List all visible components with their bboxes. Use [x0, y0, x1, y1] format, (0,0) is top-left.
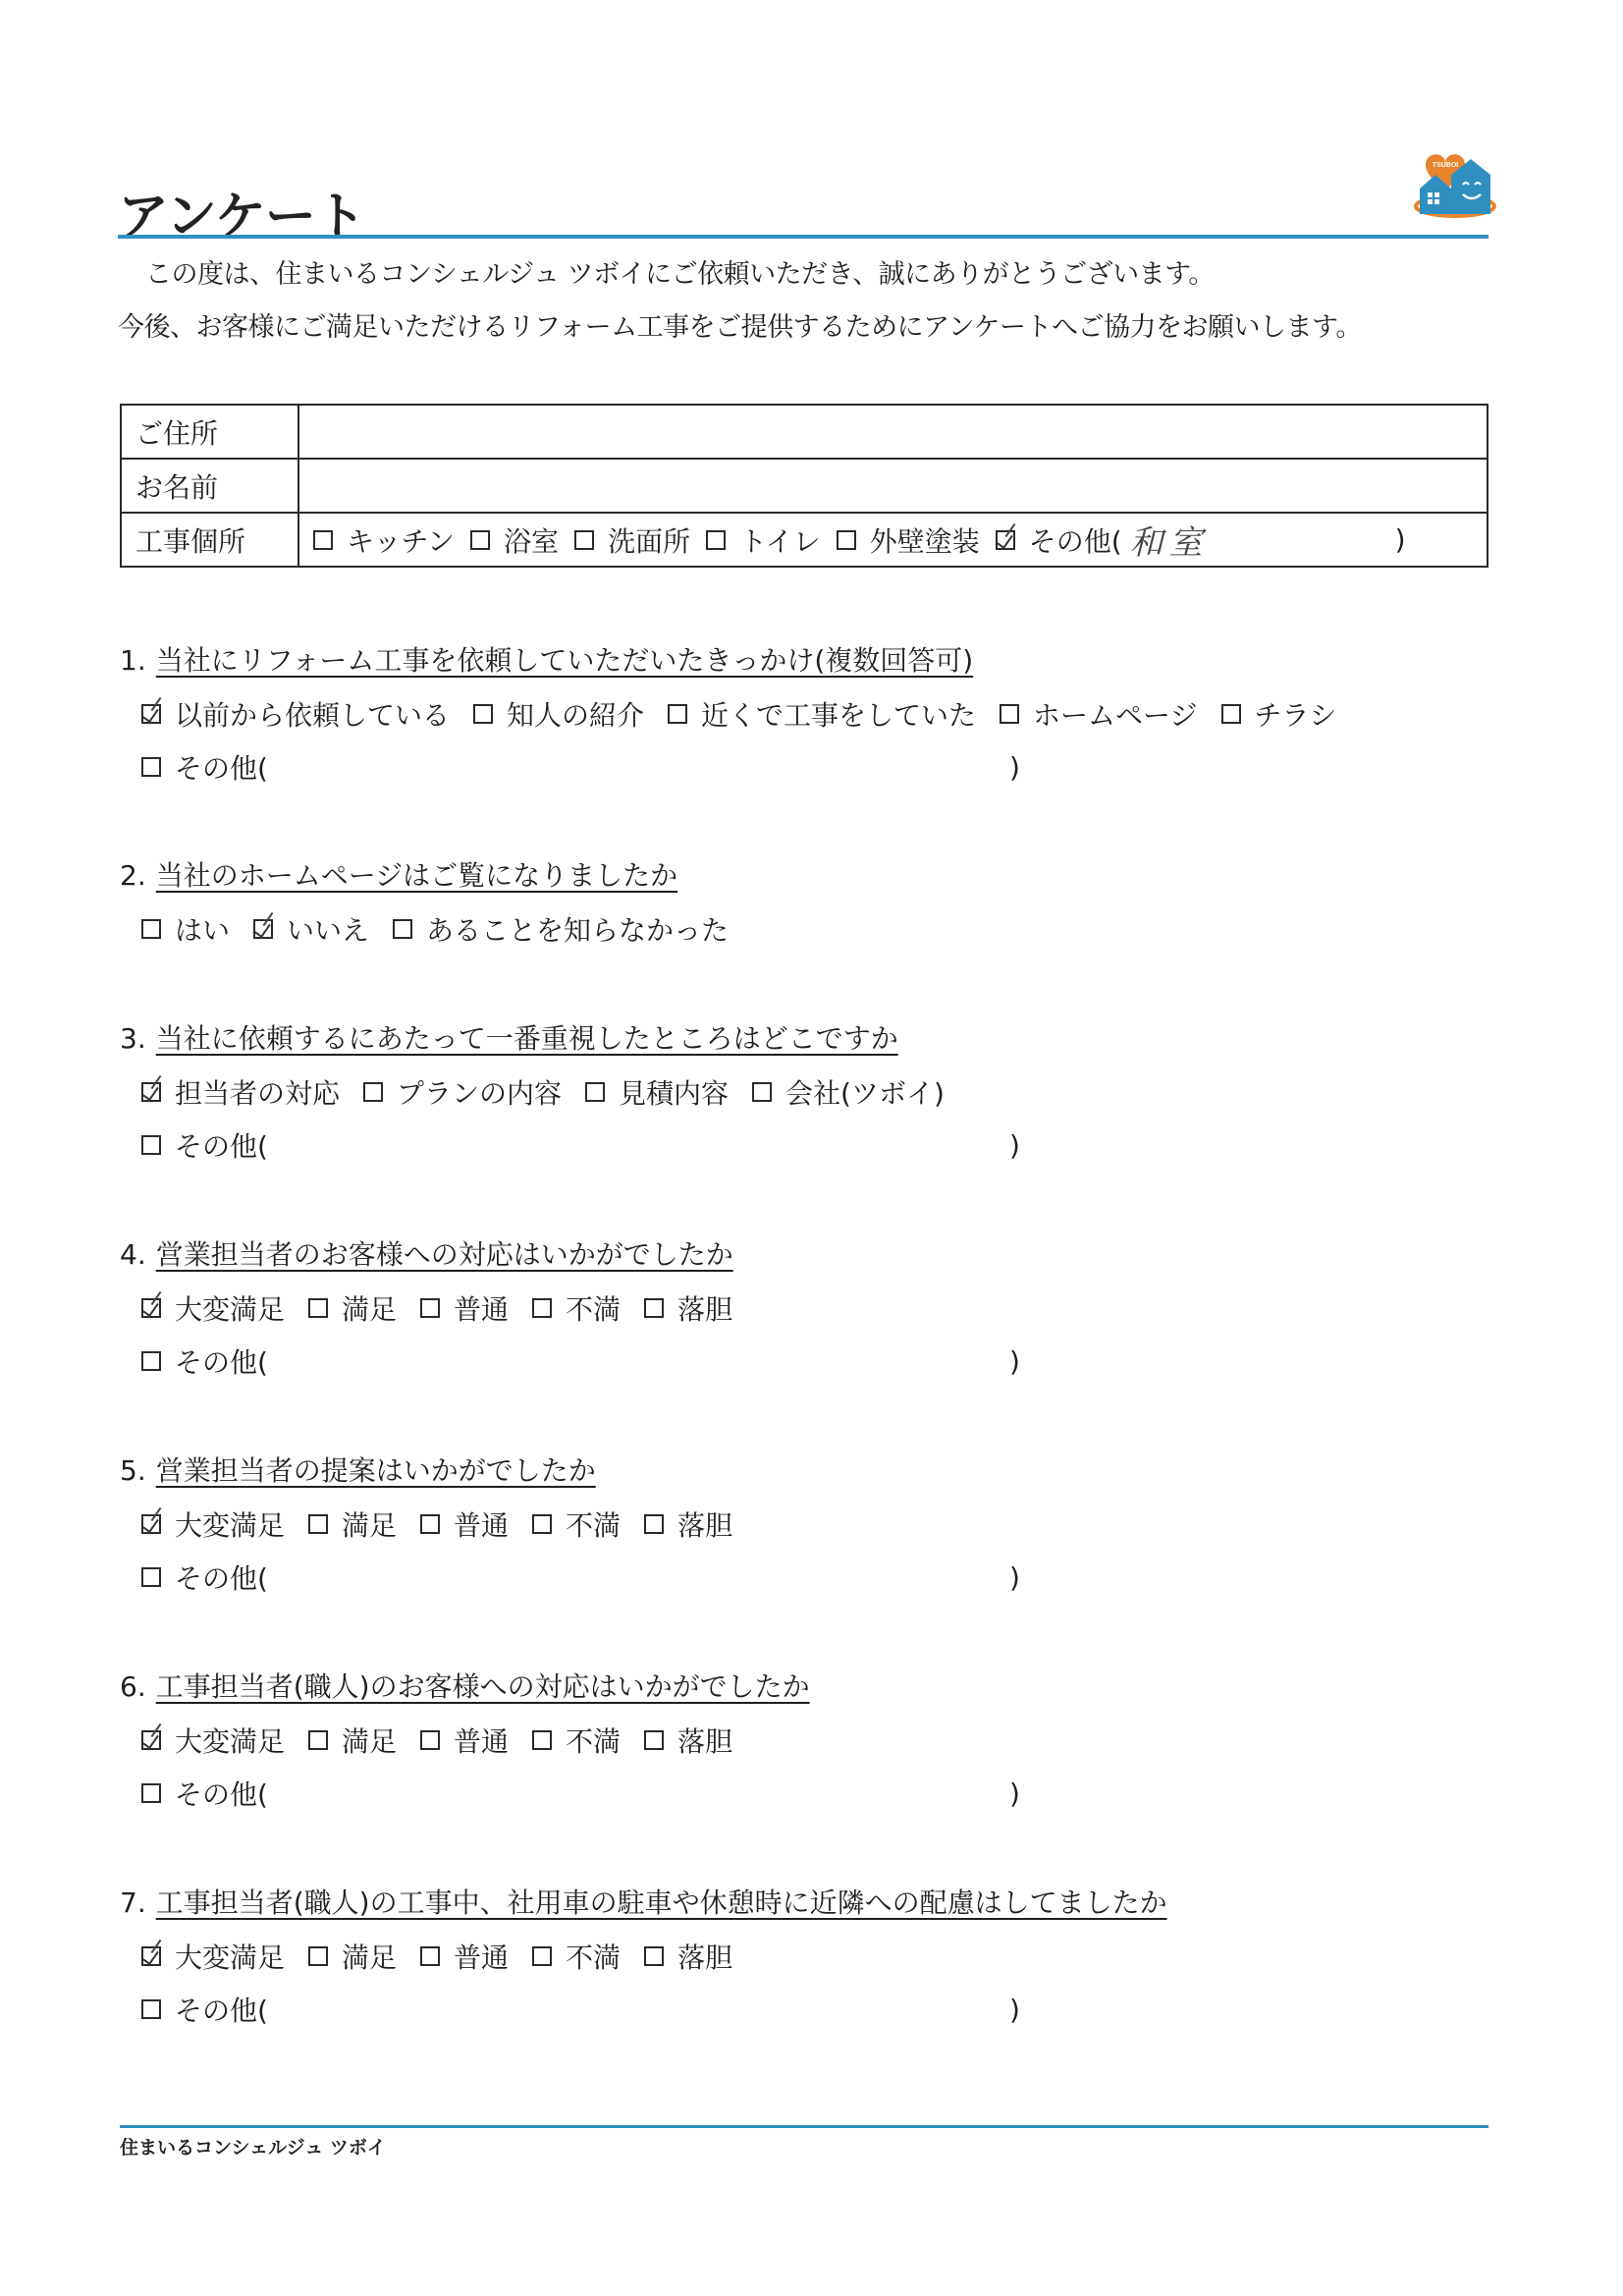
- option[interactable]: 普通: [420, 1288, 509, 1328]
- question-5: 5.営業担当者の提案はいかがでしたか 大変満足 満足 普通 不満 落胆 その他(…: [120, 1449, 1020, 1595]
- option[interactable]: 不満: [532, 1721, 621, 1760]
- question-text: 営業担当者のお客様への対応はいかがでしたか: [156, 1233, 733, 1273]
- option[interactable]: 以前から依頼している: [141, 694, 450, 734]
- question-text: 当社に依頼するにあたって一番重視したところはどこですか: [156, 1017, 898, 1057]
- checkbox[interactable]: [308, 1730, 328, 1750]
- other-label: その他(: [175, 1341, 268, 1381]
- checkbox[interactable]: [668, 704, 687, 724]
- worksite-label: 工事個所: [121, 513, 298, 567]
- option[interactable]: 大変満足: [141, 1288, 285, 1328]
- checkbox[interactable]: [420, 1514, 440, 1534]
- option[interactable]: 満足: [308, 1288, 397, 1328]
- worksite-option-toilet[interactable]: トイレ: [706, 520, 821, 560]
- paren-close: ): [1009, 751, 1020, 784]
- checkbox[interactable]: [420, 1298, 440, 1318]
- checkbox-checked[interactable]: [141, 1730, 161, 1750]
- option[interactable]: 不満: [532, 1288, 621, 1328]
- options-row: 大変満足 満足 普通 不満 落胆: [141, 1939, 1167, 1974]
- question-text: 当社にリフォーム工事を依頼していただいたきっかけ(複数回答可): [156, 639, 973, 679]
- name-row: お名前: [121, 459, 1488, 513]
- company-logo: TSUBOI: [1406, 145, 1504, 224]
- checkbox[interactable]: [308, 1514, 328, 1534]
- option[interactable]: 不満: [532, 1937, 621, 1976]
- other-label: その他(: [175, 1125, 268, 1165]
- other-label: その他(: [175, 1990, 268, 2029]
- checkbox[interactable]: [585, 1082, 605, 1102]
- checkbox[interactable]: [644, 1946, 664, 1966]
- other-label: その他(: [175, 747, 268, 787]
- checkbox[interactable]: [470, 530, 490, 550]
- question-2: 2.当社のホームページはご覧になりましたか はい いいえ あることを知らなかった: [120, 854, 752, 947]
- checkbox[interactable]: [473, 704, 493, 724]
- svg-text:TSUBOI: TSUBOI: [1433, 162, 1459, 169]
- other-label: その他(: [175, 1558, 268, 1597]
- checkbox[interactable]: [141, 1567, 161, 1587]
- option[interactable]: 落胆: [644, 1504, 732, 1544]
- checkbox[interactable]: [141, 757, 161, 777]
- name-label: お名前: [121, 459, 298, 513]
- checkbox-checked[interactable]: [141, 1298, 161, 1318]
- footer-divider: [120, 2125, 1488, 2128]
- name-field[interactable]: [298, 459, 1488, 513]
- checkbox[interactable]: [1000, 704, 1019, 724]
- question-number: 5.: [120, 1454, 146, 1487]
- checkbox[interactable]: [308, 1298, 328, 1318]
- paren-close: ): [1009, 1561, 1020, 1594]
- footer-company-name: 住まいるコンシェルジュ ツボイ: [120, 2133, 386, 2159]
- other-row: その他( ): [141, 1776, 1020, 1811]
- other-row: その他( ): [141, 1343, 1020, 1379]
- paren-close: ): [1009, 1994, 1020, 2026]
- checkbox-checked[interactable]: [253, 919, 273, 939]
- option[interactable]: あることを知らなかった: [393, 909, 729, 949]
- question-3: 3.当社に依頼するにあたって一番重視したところはどこですか 担当者の対応 プラン…: [120, 1017, 1020, 1163]
- question-number: 4.: [120, 1238, 146, 1271]
- option[interactable]: 満足: [308, 1504, 397, 1544]
- checkbox[interactable]: [752, 1082, 772, 1102]
- options-row: 担当者の対応 プランの内容 見積内容 会社(ツボイ): [141, 1074, 1020, 1110]
- options-row: はい いいえ あることを知らなかった: [141, 911, 752, 947]
- option[interactable]: 知人の紹介: [473, 694, 644, 734]
- checkbox[interactable]: [532, 1730, 552, 1750]
- checkbox[interactable]: [141, 1999, 161, 2019]
- checkbox[interactable]: [308, 1946, 328, 1966]
- checkbox[interactable]: [420, 1946, 440, 1966]
- option[interactable]: いいえ: [253, 909, 369, 949]
- options-row: 大変満足 満足 普通 不満 落胆: [141, 1290, 1020, 1326]
- question-number: 1.: [120, 644, 146, 677]
- header-divider: [118, 235, 1488, 239]
- checkbox[interactable]: [420, 1730, 440, 1750]
- paren-close: ): [1395, 523, 1406, 556]
- paren-close: ): [1009, 1345, 1020, 1378]
- other-row: その他( ): [141, 1559, 1020, 1595]
- checkbox-checked[interactable]: [141, 1514, 161, 1534]
- checkbox-checked[interactable]: [141, 1082, 161, 1102]
- question-number: 6.: [120, 1670, 146, 1703]
- option[interactable]: プランの内容: [363, 1072, 562, 1112]
- worksite-option-exterior-paint[interactable]: 外壁塗装: [837, 520, 980, 560]
- question-text: 営業担当者の提案はいかがでしたか: [156, 1449, 596, 1489]
- checkbox[interactable]: [363, 1082, 383, 1102]
- option[interactable]: 満足: [308, 1721, 397, 1760]
- worksite-options: キッチン 浴室 洗面所 トイレ 外壁塗装 その他( 和室 ): [298, 513, 1488, 567]
- options-row: 大変満足 満足 普通 不満 落胆: [141, 1506, 1020, 1542]
- option[interactable]: はい: [141, 909, 230, 949]
- worksite-row: 工事個所 キッチン 浴室 洗面所 トイレ 外壁塗装 その他( 和室 ): [121, 513, 1488, 567]
- checkbox[interactable]: [644, 1298, 664, 1318]
- checkbox[interactable]: [141, 919, 161, 939]
- option[interactable]: ホームページ: [1000, 694, 1197, 734]
- question-text: 工事担当者(職人)のお客様への対応はいかがでしたか: [156, 1666, 810, 1705]
- address-row: ご住所: [121, 405, 1488, 459]
- question-1: 1.当社にリフォーム工事を依頼していただいたきっかけ(複数回答可) 以前から依頼…: [120, 639, 1361, 785]
- checkbox[interactable]: [837, 530, 856, 550]
- checkbox-checked[interactable]: [141, 704, 161, 724]
- checkbox-checked[interactable]: [996, 530, 1015, 550]
- paren-close: ): [1009, 1777, 1020, 1810]
- address-field[interactable]: [298, 405, 1488, 459]
- worksite-option-kitchen[interactable]: キッチン: [313, 520, 455, 560]
- worksite-other-input[interactable]: 和室: [1130, 516, 1326, 564]
- other-row: その他( ): [141, 1127, 1020, 1163]
- option[interactable]: 普通: [420, 1937, 509, 1976]
- question-text: 当社のホームページはご覧になりましたか: [156, 854, 677, 894]
- other-row: その他( ): [141, 1992, 1167, 2027]
- question-number: 3.: [120, 1022, 146, 1055]
- checkbox[interactable]: [706, 530, 726, 550]
- question-number: 7.: [120, 1886, 146, 1919]
- worksite-option-washroom[interactable]: 洗面所: [574, 520, 690, 560]
- option[interactable]: 普通: [420, 1721, 509, 1760]
- checkbox[interactable]: [532, 1946, 552, 1966]
- question-7: 7.工事担当者(職人)の工事中、社用車の駐車や休憩時に近隣への配慮はしてましたか…: [120, 1882, 1167, 2027]
- options-row: 以前から依頼している 知人の紹介 近くで工事をしていた ホームページ チラシ: [141, 696, 1361, 732]
- option[interactable]: 落胆: [644, 1937, 732, 1976]
- option[interactable]: 見積内容: [585, 1072, 729, 1112]
- option[interactable]: 大変満足: [141, 1504, 285, 1544]
- other-row: その他( ): [141, 749, 1361, 785]
- checkbox-checked[interactable]: [141, 1946, 161, 1966]
- customer-info-table: ご住所 お名前 工事個所 キッチン 浴室 洗面所 トイレ 外壁塗装 その他( 和…: [120, 404, 1488, 568]
- intro-text-line-2: 今後、お客様にご満足いただけるリフォーム工事をご提供するためにアンケートへご協力…: [118, 305, 1362, 344]
- option[interactable]: 不満: [532, 1504, 621, 1544]
- option[interactable]: 落胆: [644, 1721, 732, 1760]
- checkbox[interactable]: [141, 1135, 161, 1155]
- option[interactable]: 落胆: [644, 1288, 732, 1328]
- checkbox[interactable]: [644, 1514, 664, 1534]
- checkbox[interactable]: [141, 1783, 161, 1803]
- question-text: 工事担当者(職人)の工事中、社用車の駐車や休憩時に近隣への配慮はしてましたか: [156, 1882, 1167, 1921]
- options-row: 大変満足 満足 普通 不満 落胆: [141, 1722, 1020, 1758]
- option[interactable]: 普通: [420, 1504, 509, 1544]
- checkbox[interactable]: [644, 1730, 664, 1750]
- other-label: その他(: [175, 1774, 268, 1813]
- worksite-option-other[interactable]: その他(: [996, 520, 1122, 560]
- option[interactable]: 担当者の対応: [141, 1072, 340, 1112]
- option[interactable]: 近くで工事をしていた: [668, 694, 976, 734]
- house-logo-icon: TSUBOI: [1406, 145, 1504, 224]
- checkbox[interactable]: [1221, 704, 1241, 724]
- checkbox[interactable]: [574, 530, 594, 550]
- option[interactable]: 満足: [308, 1937, 397, 1976]
- checkbox[interactable]: [393, 919, 412, 939]
- option[interactable]: チラシ: [1221, 694, 1337, 734]
- question-4: 4.営業担当者のお客様への対応はいかがでしたか 大変満足 満足 普通 不満 落胆…: [120, 1233, 1020, 1379]
- checkbox[interactable]: [532, 1514, 552, 1534]
- checkbox[interactable]: [141, 1351, 161, 1371]
- checkbox[interactable]: [313, 530, 333, 550]
- option[interactable]: 大変満足: [141, 1937, 285, 1976]
- option[interactable]: 大変満足: [141, 1721, 285, 1760]
- checkbox[interactable]: [532, 1298, 552, 1318]
- intro-text-line-1: この度は、住まいるコンシェルジュ ツボイにご依頼いただき、誠にありがとうございま…: [145, 252, 1215, 291]
- paren-close: ): [1009, 1129, 1020, 1162]
- worksite-option-bathroom[interactable]: 浴室: [470, 520, 559, 560]
- question-6: 6.工事担当者(職人)のお客様への対応はいかがでしたか 大変満足 満足 普通 不…: [120, 1666, 1020, 1811]
- question-number: 2.: [120, 859, 146, 892]
- address-label: ご住所: [121, 405, 298, 459]
- option[interactable]: 会社(ツボイ): [752, 1072, 945, 1112]
